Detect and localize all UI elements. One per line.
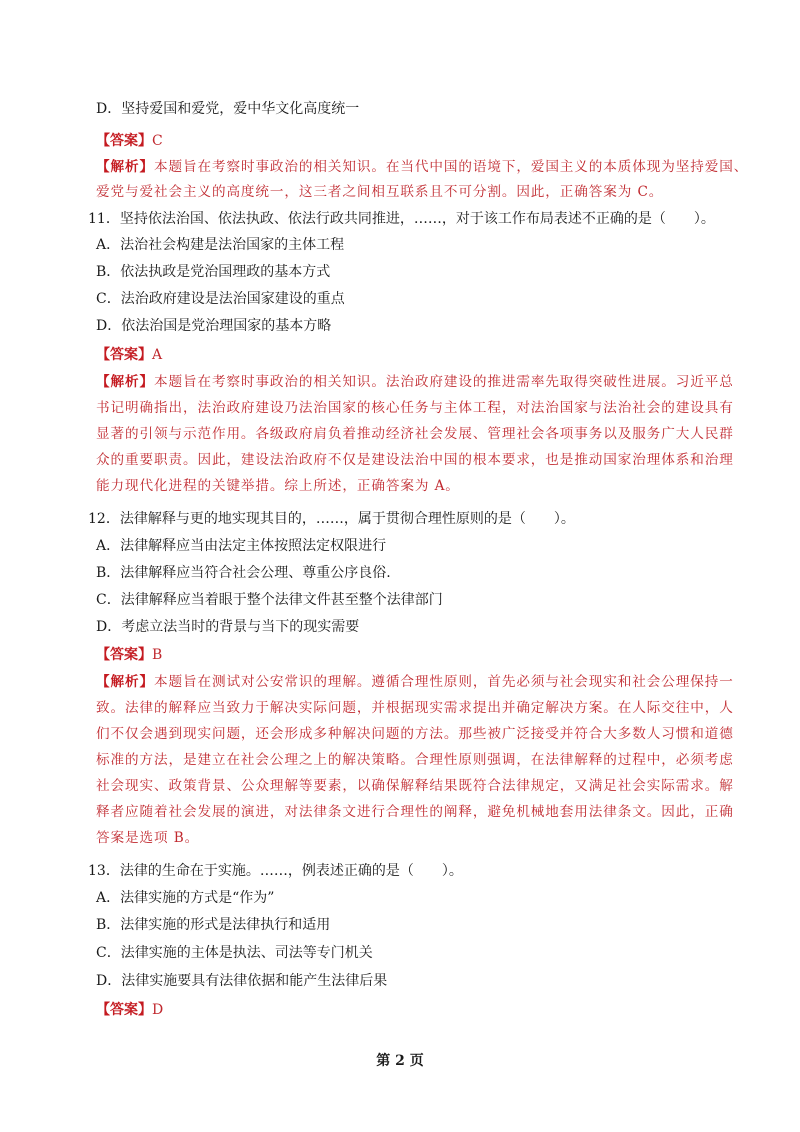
option-a: A．法律解释应当由法定主体按照法定权限进行 (96, 537, 386, 555)
explanation-line: 显著的引领与示范作用。各级政府肩负着推动经济社会发展、管理社会各项事务以及服务广… (96, 425, 734, 443)
option-c: C．法律解释应当着眼于整个法律文件甚至整个法律部门 (96, 591, 443, 609)
question-text: 法律解释与更的地实现其目的，……，属于贯彻合理性原则的是（ ）。 (120, 511, 575, 527)
answer-label: 【答案】 (96, 1002, 152, 1018)
explanation-label: 【解析】 (96, 674, 154, 690)
answer-label: 【答案】 (96, 347, 152, 363)
answer-value: D (152, 1002, 163, 1018)
explanation-label: 【解析】 (96, 374, 154, 390)
question-text: 坚持依法治国、依法执政、依法行政共同推进，……，对于该工作布局表述不正确的是（ … (120, 211, 715, 227)
option-d: D．考虑立法当时的背景与当下的现实需要 (96, 618, 359, 636)
explanation-line: 社会现实、政策背景、公众理解等要素，以确保解释结果既符合法律规定，又满足社会实际… (96, 777, 734, 795)
question-number: 12． (88, 511, 120, 527)
explanation-line: 致。法律的解释应当致力于解决实际问题，并根据现实需求提出并确定解决方案。在人际交… (96, 699, 734, 717)
option-c: C．法治政府建设是法治国家建设的重点 (96, 290, 345, 308)
explanation-text: 本题旨在测试对公安常识的理解。遵循合理性原则，首先必须与社会现实和社会公理保持一 (154, 674, 734, 690)
answer-label: 【答案】 (96, 133, 152, 149)
option-d: D．法律实施要具有法律依据和能产生法律后果 (96, 972, 387, 990)
option-d: D．坚持爱国和爱党，爱中华文化高度统一 (96, 100, 359, 118)
explanation-label: 【解析】 (96, 159, 154, 175)
answer-line: 【答案】A (96, 346, 162, 364)
answer-value: C (152, 133, 163, 149)
explanation-line: 爱党与爱社会主义的高度统一，这三者之间相互联系且不可分割。因此，正确答案为 C。 (96, 183, 663, 201)
option-b: B．法律解释应当符合社会公理、尊重公序良俗. (96, 564, 391, 582)
question-number: 13． (88, 863, 120, 879)
question-stem: 11．坚持依法治国、依法执政、依法行政共同推进，……，对于该工作布局表述不正确的… (88, 210, 715, 228)
answer-value: A (152, 347, 162, 363)
explanation-line: 答案是选项 B。 (96, 829, 199, 847)
option-d: D．依法治国是党治理国家的基本方略 (96, 317, 331, 335)
explanation-line: 众的重要职责。因此，建设法治政府不仅是建设法治中国的根本要求，也是推动国家治理体… (96, 451, 734, 469)
answer-line: 【答案】B (96, 646, 162, 664)
question-text: 法律的生命在于实施。……，例表述正确的是（ ）。 (120, 863, 463, 879)
question-number: 11． (88, 211, 120, 227)
answer-line: 【答案】C (96, 132, 163, 150)
question-stem: 12．法律解释与更的地实现其目的，……，属于贯彻合理性原则的是（ ）。 (88, 510, 575, 528)
answer-label: 【答案】 (96, 647, 152, 663)
document-page: D．坚持爱国和爱党，爱中华文化高度统一 【答案】C 【解析】本题旨在考察时事政治… (0, 0, 800, 1132)
option-c: C．法律实施的主体是执法、司法等专门机关 (96, 944, 373, 962)
answer-value: B (152, 647, 162, 663)
explanation-line: 【解析】本题旨在考察时事政治的相关知识。法治政府建设的推进需率先取得突破性进展。… (96, 373, 734, 391)
option-a: A．法治社会构建是法治国家的主体工程 (96, 236, 344, 254)
answer-line: 【答案】D (96, 1001, 163, 1019)
option-b: B．法律实施的形式是法律执行和适用 (96, 916, 330, 934)
question-stem: 13．法律的生命在于实施。……，例表述正确的是（ ）。 (88, 862, 463, 880)
explanation-text: 本题旨在考察时事政治的相关知识。法治政府建设的推进需率先取得突破性进展。习近平总 (154, 374, 734, 390)
option-a: A．法律实施的方式是“作为” (96, 889, 274, 907)
explanation-line: 书记明确指出，法治政府建设乃法治国家的核心任务与主体工程，对法治国家与法治社会的… (96, 399, 734, 417)
explanation-line: 释者应随着社会发展的演进，对法律条文进行合理性的阐释，避免机械地套用法律条文。因… (96, 803, 734, 821)
explanation-text: 本题旨在考察时事政治的相关知识。在当代中国的语境下，爱国主义的本质体现为坚持爱国… (154, 159, 748, 175)
explanation-line: 【解析】本题旨在测试对公安常识的理解。遵循合理性原则，首先必须与社会现实和社会公… (96, 673, 734, 691)
explanation-line: 【解析】本题旨在考察时事政治的相关知识。在当代中国的语境下，爱国主义的本质体现为… (96, 158, 748, 176)
page-number: 第 2 页 (0, 1050, 800, 1070)
explanation-line: 们不仅会遇到现实问题，还会形成多种解决问题的方法。那些被广泛接受并符合大多数人习… (96, 725, 734, 743)
option-b: B．依法执政是党治国理政的基本方式 (96, 263, 330, 281)
explanation-line: 能力现代化进程的关键举措。综上所述，正确答案为 A。 (96, 477, 460, 495)
explanation-line: 标准的方法，是建立在社会公理之上的解决策略。合理性原则强调，在法律解释的过程中，… (96, 751, 734, 769)
